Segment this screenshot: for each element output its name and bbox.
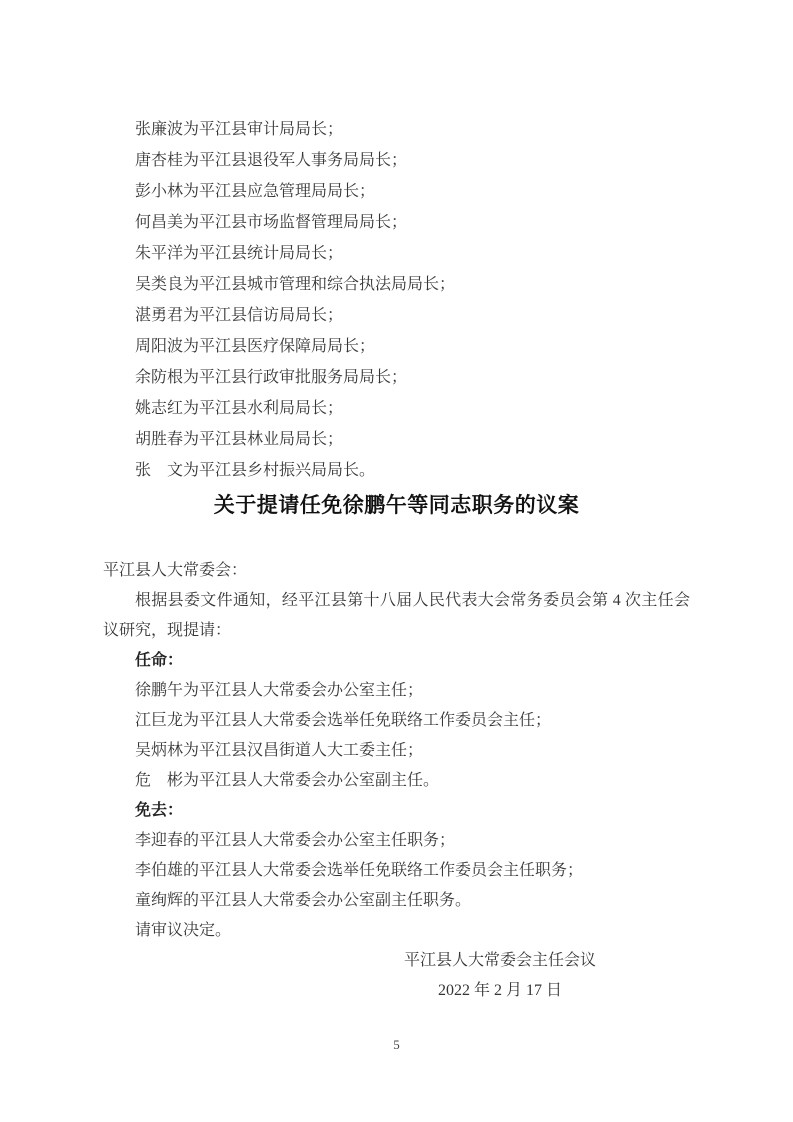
- director-appointments-section: 张廉波为平江县审计局局长； 唐杏桂为平江县退役军人事务局局长； 彭小林为平江县应…: [103, 114, 690, 486]
- appointment-line: 彭小林为平江县应急管理局局长；: [103, 176, 690, 207]
- date-line: 2022 年 2 月 17 日: [300, 976, 700, 1006]
- appointment-line: 朱平洋为平江县统计局局长；: [103, 238, 690, 269]
- proposal-removal-line: 李伯雄的平江县人大常委会选举任免联络工作委员会主任职务；: [103, 856, 690, 886]
- proposal-body-section: 平江县人大常委会： 根据县委文件通知，经平江县第十八届人民代表大会常务委员会第 …: [103, 556, 690, 1006]
- appoint-heading: 任命：: [103, 646, 690, 676]
- appointment-line: 吴类良为平江县城市管理和综合执法局局长；: [103, 269, 690, 300]
- intro-paragraph: 根据县委文件通知，经平江县第十八届人民代表大会常务委员会第 4 次主任会议研究，…: [103, 586, 690, 646]
- appointment-line: 张廉波为平江县审计局局长；: [103, 114, 690, 145]
- proposal-appointment-line: 危 彬为平江县人大常委会办公室副主任。: [103, 766, 690, 796]
- proposal-appointment-line: 徐鹏午为平江县人大常委会办公室主任；: [103, 676, 690, 706]
- appointment-line: 姚志红为平江县水利局局长；: [103, 393, 690, 424]
- proposal-appointment-line: 江巨龙为平江县人大常委会选举任免联络工作委员会主任；: [103, 706, 690, 736]
- appointment-line: 余防根为平江县行政审批服务局局长；: [103, 362, 690, 393]
- closing-line: 请审议决定。: [103, 916, 690, 946]
- proposal-removal-line: 李迎春的平江县人大常委会办公室主任职务；: [103, 826, 690, 856]
- appointment-line: 胡胜春为平江县林业局局长；: [103, 424, 690, 455]
- proposal-title: 关于提请任免徐鹏午等同志职务的议案: [0, 489, 793, 523]
- document-page: 张廉波为平江县审计局局长； 唐杏桂为平江县退役军人事务局局长； 彭小林为平江县应…: [0, 0, 793, 1122]
- appointment-line: 周阳波为平江县医疗保障局局长；: [103, 331, 690, 362]
- remove-heading: 免去：: [103, 796, 690, 826]
- appointment-line: 张 文为平江县乡村振兴局局长。: [103, 455, 690, 486]
- salutation-line: 平江县人大常委会：: [103, 556, 690, 586]
- page-number: 5: [0, 1037, 793, 1053]
- signature-block: 平江县人大常委会主任会议 2022 年 2 月 17 日: [300, 946, 700, 1006]
- appointment-line: 何昌美为平江县市场监督管理局局长；: [103, 207, 690, 238]
- proposal-removal-line: 童绚辉的平江县人大常委会办公室副主任职务。: [103, 886, 690, 916]
- proposal-appointment-line: 吴炳林为平江县汉昌街道人大工委主任；: [103, 736, 690, 766]
- signer-line: 平江县人大常委会主任会议: [300, 946, 700, 976]
- appointment-line: 湛勇君为平江县信访局局长；: [103, 300, 690, 331]
- appointment-line: 唐杏桂为平江县退役军人事务局局长；: [103, 145, 690, 176]
